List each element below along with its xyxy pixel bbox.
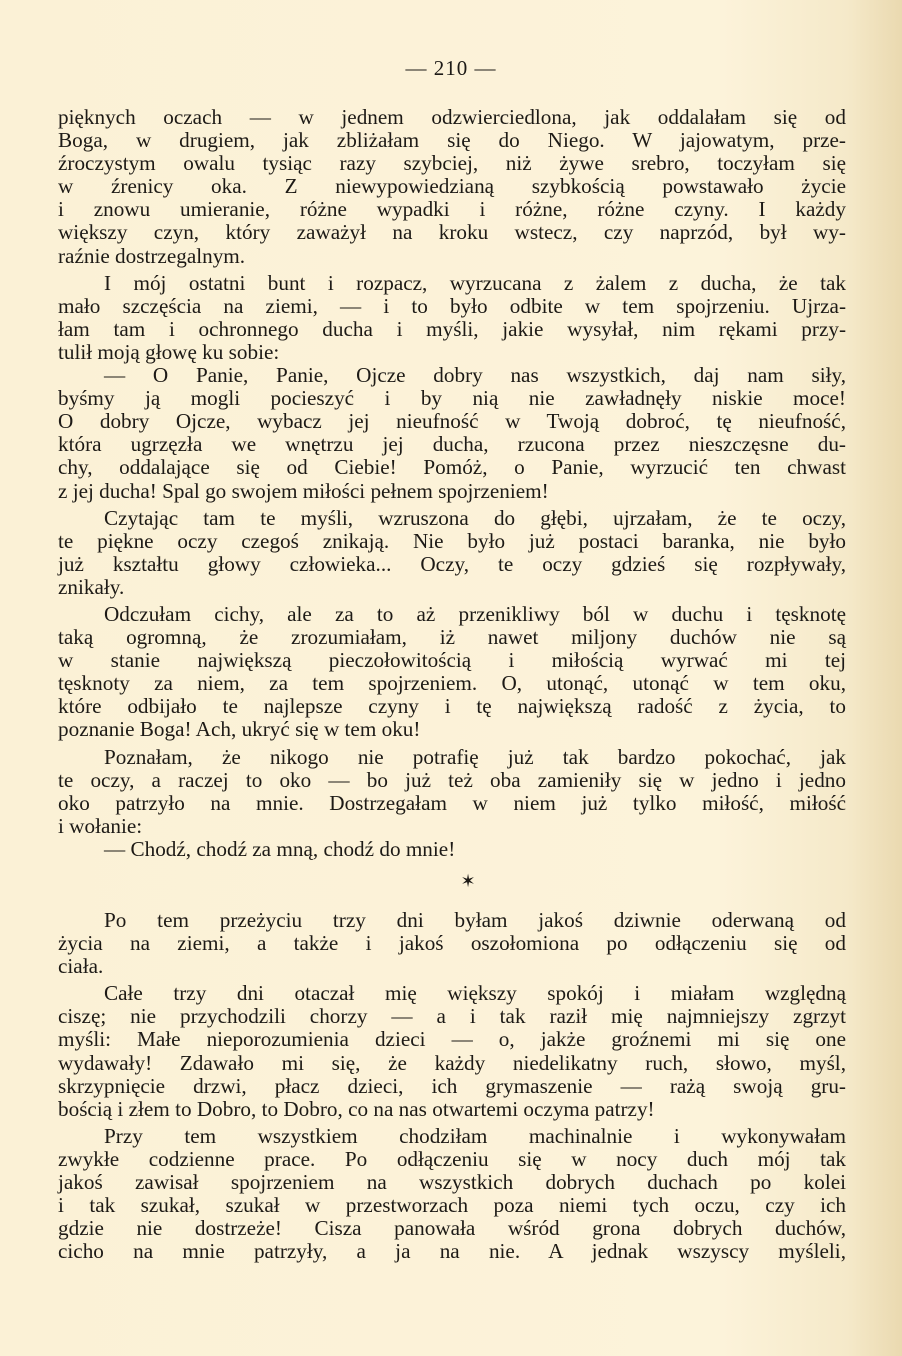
text-line: te piękne oczy czegoś znikają. Nie było …: [58, 530, 846, 553]
text-line: skrzypnięcie drzwi, płacz dzieci, ich gr…: [58, 1075, 846, 1098]
text-line: myśli: Małe nieporozumienia dzieci — o, …: [58, 1028, 846, 1051]
text-line: — Chodź, chodź za mną, chodź do mnie!: [58, 838, 846, 861]
text-line: oko patrzyło na mnie. Dostrzegałam w nie…: [58, 792, 846, 815]
text-line: te oczy, a raczej to oko — bo już też ob…: [58, 769, 846, 792]
text-line: w stanie największą pieczołowitością i m…: [58, 649, 846, 672]
paragraph: Całe trzy dni otaczał mię większy spokój…: [58, 982, 846, 1121]
text-line: chy, oddalające się od Ciebie! Pomóż, o …: [58, 456, 846, 479]
text-line: w źrenicy oka. Z niewypowiedzianą szybko…: [58, 175, 846, 198]
text-line: Czytając tam te myśli, wzruszona do głęb…: [58, 507, 846, 530]
paragraph: Poznałam, że nikogo nie potrafię już tak…: [58, 746, 846, 838]
text-line: wydawały! Zdawało mi się, że każdy niede…: [58, 1052, 846, 1075]
text-line: ciszę; nie przychodzili chorzy — a i tak…: [58, 1005, 846, 1028]
text-line: i tak szukał, szukał w przestworzach poz…: [58, 1194, 846, 1217]
page-number: — 210 —: [0, 56, 902, 81]
text-line: — O Panie, Panie, Ojcze dobry nas wszyst…: [58, 364, 846, 387]
text-line: tulił moją głowę ku sobie:: [58, 341, 846, 364]
text-line: większy czyn, który zaważył na kroku wst…: [58, 221, 846, 244]
paragraph: — Chodź, chodź za mną, chodź do mnie!: [58, 838, 846, 861]
text-line: jakoś zawisał spojrzeniem na wszystkich …: [58, 1171, 846, 1194]
text-line: Poznałam, że nikogo nie potrafię już tak…: [58, 746, 846, 769]
text-line: łam tam i ochronnego ducha i myśli, jaki…: [58, 318, 846, 341]
text-line: taką ogromną, że zrozumiałam, iż nawet m…: [58, 626, 846, 649]
text-line: Przy tem wszystkiem chodziłam machinalni…: [58, 1125, 846, 1148]
text-line: poznanie Boga! Ach, ukryć się w tem oku!: [58, 718, 846, 741]
paragraph: pięknych oczach — w jednem odzwierciedlo…: [58, 106, 846, 268]
text-line: które odbijało te najlepsze czyny i tę n…: [58, 695, 846, 718]
text-line: życia na ziemi, a także i jakoś oszołomi…: [58, 932, 846, 955]
text-line: już kształtu głowy człowieka... Oczy, te…: [58, 553, 846, 576]
paragraph: Czytając tam te myśli, wzruszona do głęb…: [58, 507, 846, 599]
text-line: I mój ostatni bunt i rozpacz, wyrzucana …: [58, 272, 846, 295]
text-line: bością i złem to Dobro, to Dobro, co na …: [58, 1098, 846, 1121]
text-line: z jej ducha! Spal go swojem miłości pełn…: [58, 480, 846, 503]
page-body-text: pięknych oczach — w jednem odzwierciedlo…: [58, 106, 846, 1263]
text-line: Odczułam cichy, ale za to aż przenikliwy…: [58, 603, 846, 626]
text-line: byśmy ją mogli pocieszyć i by nią nie za…: [58, 387, 846, 410]
text-line: tęsknoty za niem, za tem spojrzeniem. O,…: [58, 672, 846, 695]
text-line: cicho na mnie patrzyły, a ja na nie. A j…: [58, 1240, 846, 1263]
text-line: znikały.: [58, 576, 846, 599]
text-line: Po tem przeżyciu trzy dni byłam jakoś dz…: [58, 909, 846, 932]
paragraph: I mój ostatni bunt i rozpacz, wyrzucana …: [58, 272, 846, 364]
text-line: zwykłe codzienne prace. Po odłączeniu si…: [58, 1148, 846, 1171]
text-line: i znowu umieranie, różne wypadki i różne…: [58, 198, 846, 221]
paragraph: — O Panie, Panie, Ojcze dobry nas wszyst…: [58, 364, 846, 503]
text-line: i wołanie:: [58, 815, 846, 838]
text-line: która ugrzęzła we wnętrzu jej ducha, rzu…: [58, 433, 846, 456]
paragraph: Odczułam cichy, ale za to aż przenikliwy…: [58, 603, 846, 742]
text-line: O dobry Ojcze, wybacz jej nieufność w Tw…: [58, 410, 846, 433]
text-line: ciała.: [58, 955, 846, 978]
paragraph: Po tem przeżyciu trzy dni byłam jakoś dz…: [58, 909, 846, 978]
text-line: gdzie nie dostrzeże! Cisza panowała wśró…: [58, 1217, 846, 1240]
text-line: Całe trzy dni otaczał mię większy spokój…: [58, 982, 846, 1005]
text-line: mało szczęścia na ziemi, — i to było odb…: [58, 295, 846, 318]
text-line: raźnie dostrzegalnym.: [58, 245, 846, 268]
text-line: pięknych oczach — w jednem odzwierciedlo…: [58, 106, 846, 129]
text-line: Boga, w drugiem, jak zbliżałam się do Ni…: [58, 129, 846, 152]
section-separator-star: ✶: [58, 861, 846, 901]
text-line: źroczystym owalu tysiąc razy szybciej, n…: [58, 152, 846, 175]
paragraph: Przy tem wszystkiem chodziłam machinalni…: [58, 1125, 846, 1264]
